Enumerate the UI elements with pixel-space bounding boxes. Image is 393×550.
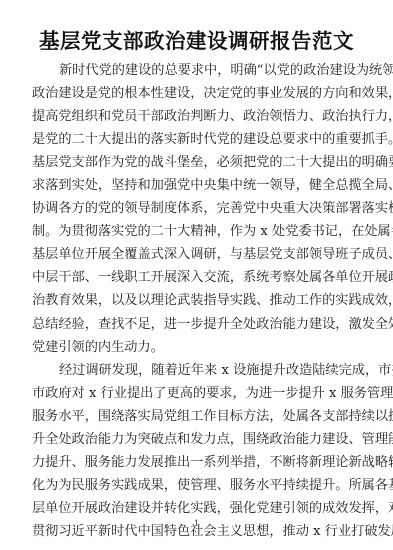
- text-line: 政治建设是党的根本性建设，决定党的事业发展的方向和效果，: [32, 82, 362, 105]
- text-line: 中层干部、一线职工开展深入交流，系统考察处属各单位开展政: [32, 266, 362, 289]
- page-number: 1: [0, 519, 393, 528]
- document-title: 基层党支部政治建设调研报告范文: [0, 28, 393, 54]
- text-line: 提高党组织和党员干部政治判断力、政治领悟力、政治执行力，: [32, 105, 362, 128]
- text-line: 基层党支部作为党的战斗堡垒，必须把党的二十大提出的明确要: [32, 151, 362, 174]
- text-line: 基层单位开展全覆盖式深入调研，与基层党支部领导班子成员、: [32, 243, 362, 266]
- text-line: 求落到实处，坚持和加强党中央集中统一领导，健全总揽全局、: [32, 174, 362, 197]
- text-line: 力提升、服务能力发展推出一系列举措，不断将新理论新战略转: [32, 451, 362, 474]
- text-line: 党建引领的内生动力。: [32, 336, 362, 359]
- text-line: 经过调研发现，随着近年来 x 设施提升改造陆续完成，市委: [32, 359, 362, 382]
- text-line: 升全处政治能力为突破点和发力点，围绕政治能力建设、管理能: [32, 428, 362, 451]
- text-line: 总结经验，查找不足，进一步提升全处政治能力建设，激发全处: [32, 313, 362, 336]
- paragraph-2: 经过调研发现，随着近年来 x 设施提升改造陆续完成，市委 市政府对 x 行业提出…: [32, 359, 362, 543]
- text-line: 制。为贯彻落实党的二十大精神，作为 x 处党委书记，在处属各: [32, 220, 362, 243]
- text-line: 市政府对 x 行业提出了更高的要求，为进一步提升 x 服务管理和: [32, 382, 362, 405]
- text-line: 新时代党的建设的总要求中，明确“以党的政治建设为统领”，: [32, 59, 362, 82]
- text-line: 协调各方的党的领导制度体系，完善党中央重大决策部署落实机: [32, 197, 362, 220]
- text-line: 层单位开展政治建设并转化实践，强化党建引领的成效发挥，对: [32, 497, 362, 520]
- document-page: 基层党支部政治建设调研报告范文 新时代党的建设的总要求中，明确“以党的政治建设为…: [0, 0, 393, 550]
- text-line: 化为为民服务实践成果，使管理、服务水平持续提升。所属各基: [32, 474, 362, 497]
- text-line: 是党的二十大提出的落实新时代党的建设总要求中的重要抓手。: [32, 128, 362, 151]
- paragraph-1: 新时代党的建设的总要求中，明确“以党的政治建设为统领”， 政治建设是党的根本性建…: [32, 59, 362, 359]
- text-line: 治教育效果，以及以理论武装指导实践、推动工作的实践成效，: [32, 289, 362, 312]
- text-line: 服务水平，围绕落实局党组工作目标方法，处属各支部持续以提: [32, 405, 362, 428]
- document-body: 新时代党的建设的总要求中，明确“以党的政治建设为统领”， 政治建设是党的根本性建…: [32, 59, 362, 543]
